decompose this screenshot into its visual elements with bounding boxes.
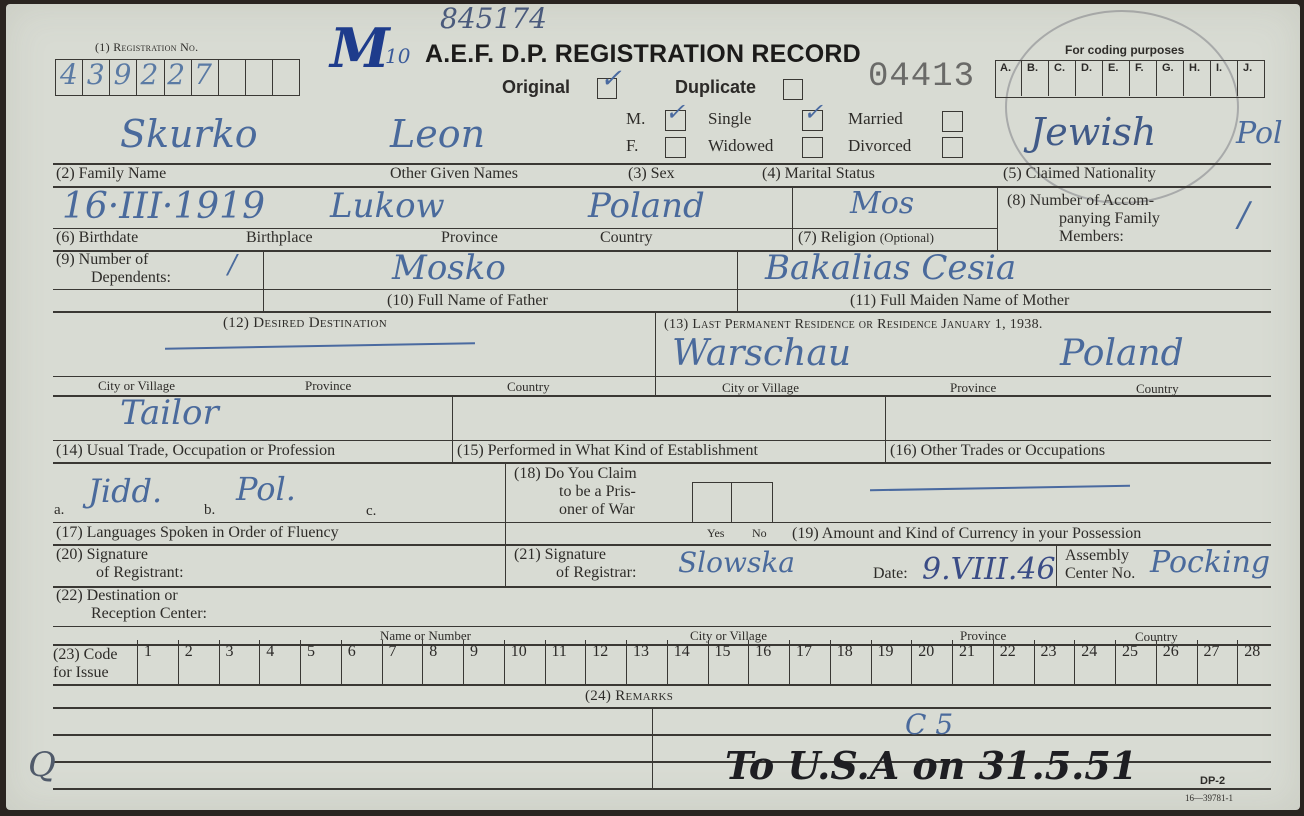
original-check-mark: ✓ bbox=[600, 64, 622, 94]
remarks-note-main: To U.S.A on 31.5.51 bbox=[725, 743, 1137, 788]
accompanying-label-line2: panying Family bbox=[1007, 210, 1160, 227]
father-name-label: (10) Full Name of Father bbox=[387, 292, 548, 310]
family-name-label: (2) Family Name bbox=[56, 165, 166, 183]
code-cell: 23 bbox=[1034, 640, 1075, 684]
coding-cell: C. bbox=[1049, 60, 1076, 96]
accompanying-label-line1: (8) Number of Accom- bbox=[1007, 192, 1154, 209]
code-cell: 22 bbox=[993, 640, 1034, 684]
dependents-label-line1: (9) Number of bbox=[56, 251, 148, 268]
assembly-center-label-line1: Assembly bbox=[1065, 547, 1129, 564]
birthdate-label: (6) Birthdate bbox=[56, 229, 138, 247]
trade-label: (14) Usual Trade, Occupation or Professi… bbox=[56, 442, 335, 460]
coding-cell: A. bbox=[995, 60, 1022, 96]
language-b-value: Pol. bbox=[236, 470, 296, 508]
registrar-signature-label-line1: (21) Signature bbox=[514, 546, 606, 563]
residence-country-value: Poland bbox=[1060, 333, 1184, 374]
code-cell: 2 bbox=[178, 640, 219, 684]
print-code: 16—39781-1 bbox=[1185, 793, 1233, 803]
registrant-signature-label-line1: (20) Signature bbox=[56, 546, 148, 563]
code-cell: 8 bbox=[422, 640, 463, 684]
province-label: Province bbox=[441, 229, 498, 247]
code-cell: 7 bbox=[382, 640, 423, 684]
widowed-checkbox[interactable] bbox=[802, 137, 823, 158]
given-names-label: Other Given Names bbox=[390, 165, 518, 183]
file-mark-sub: 10 bbox=[385, 44, 410, 68]
destination-label-line2: Reception Center: bbox=[56, 605, 207, 622]
code-for-issue-label: (23) Code for Issue bbox=[53, 646, 117, 682]
code-cell: 12 bbox=[585, 640, 626, 684]
pow-yes-box[interactable] bbox=[692, 482, 732, 523]
date-label: Date: bbox=[873, 565, 908, 583]
code-cell: 28 bbox=[1237, 640, 1278, 684]
coding-cell: B. bbox=[1022, 60, 1049, 96]
dependents-value: / bbox=[228, 250, 237, 280]
language-b-label: b. bbox=[204, 502, 215, 519]
code-cell: 26 bbox=[1156, 640, 1197, 684]
destination-label: (22) Destination or Reception Center: bbox=[56, 587, 207, 623]
form-code: DP-2 bbox=[1200, 775, 1225, 787]
dependents-label: (9) Number of Dependents: bbox=[56, 251, 171, 287]
coding-label: For coding purposes bbox=[1065, 43, 1184, 57]
nationality-extra: Pol bbox=[1236, 116, 1283, 151]
code-cell: 27 bbox=[1197, 640, 1238, 684]
desired-country-label: Country bbox=[507, 379, 550, 395]
code-cell: 24 bbox=[1074, 640, 1115, 684]
code-cell: 14 bbox=[667, 640, 708, 684]
trade-value: Tailor bbox=[120, 393, 219, 433]
religion-value: Mos bbox=[850, 186, 914, 221]
serial-stamp: 04413 bbox=[868, 58, 975, 96]
duplicate-checkbox[interactable] bbox=[783, 79, 803, 100]
registrant-signature-label-line2: of Registrant: bbox=[56, 564, 184, 581]
assembly-center-label: Assembly Center No. bbox=[1065, 547, 1135, 583]
assembly-center-value: Pocking bbox=[1150, 545, 1270, 580]
residence-city-label: City or Village bbox=[722, 380, 799, 396]
marital-status-label: (4) Marital Status bbox=[762, 165, 875, 183]
currency-label: (19) Amount and Kind of Currency in your… bbox=[792, 525, 1141, 543]
destination-label-line1: (22) Destination or bbox=[56, 587, 178, 604]
registrant-signature-label: (20) Signature of Registrant: bbox=[56, 546, 184, 582]
code-cell: 13 bbox=[626, 640, 667, 684]
code-cell: 9 bbox=[463, 640, 504, 684]
sex-f-label: F. bbox=[626, 136, 638, 156]
duplicate-label: Duplicate bbox=[675, 77, 756, 98]
pow-label-line2: to be a Pris- bbox=[514, 483, 636, 500]
dependents-label-line2: Dependents: bbox=[56, 269, 171, 286]
pow-no-label: No bbox=[752, 526, 767, 541]
code-cell: 11 bbox=[545, 640, 586, 684]
code-cell: 16 bbox=[748, 640, 789, 684]
code-cell: 3 bbox=[219, 640, 260, 684]
code-cell: 5 bbox=[300, 640, 341, 684]
birthdate-value: 16·III·1919 bbox=[62, 186, 265, 227]
coding-cell: F. bbox=[1130, 60, 1157, 96]
accompanying-value: / bbox=[1238, 195, 1249, 235]
sex-m-check-mark: ✓ bbox=[665, 98, 685, 126]
code-cell: 1 bbox=[137, 640, 178, 684]
code-for-issue-label-line1: (23) Code bbox=[53, 646, 117, 663]
establishment-label: (15) Performed in What Kind of Establish… bbox=[457, 442, 758, 460]
residence-province-label: Province bbox=[950, 380, 996, 396]
language-a-label: a. bbox=[54, 502, 64, 519]
coding-cell: I. bbox=[1211, 60, 1238, 96]
sex-m-label: M. bbox=[626, 109, 645, 129]
residence-city-value: Warschau bbox=[672, 333, 851, 374]
coding-cell: G. bbox=[1157, 60, 1184, 96]
form-title: A.E.F. D.P. REGISTRATION RECORD bbox=[425, 40, 861, 69]
single-label: Single bbox=[708, 109, 751, 129]
language-c-label: c. bbox=[366, 503, 376, 520]
pow-label-line1: (18) Do You Claim bbox=[514, 465, 637, 482]
religion-optional-text: (Optional) bbox=[880, 230, 934, 245]
registrar-signature-label: (21) Signature of Registrar: bbox=[514, 546, 636, 582]
other-trades-label: (16) Other Trades or Occupations bbox=[890, 442, 1105, 460]
remarks-note-top: C 5 bbox=[905, 708, 953, 741]
single-check-mark: ✓ bbox=[803, 98, 823, 126]
married-checkbox[interactable] bbox=[942, 111, 963, 132]
accompanying-label: (8) Number of Accom- panying Family Memb… bbox=[1007, 192, 1160, 246]
desired-city-label: City or Village bbox=[98, 378, 175, 394]
divorced-label: Divorced bbox=[848, 136, 911, 156]
nationality-value: Jewish bbox=[1030, 110, 1156, 154]
pow-no-box[interactable] bbox=[731, 482, 773, 523]
code-cell: 15 bbox=[708, 640, 749, 684]
pow-yes-label: Yes bbox=[707, 526, 724, 541]
coding-cell: J. bbox=[1238, 60, 1265, 96]
country-label: Country bbox=[600, 229, 652, 247]
desired-destination-label: (12) Desired Destination bbox=[223, 315, 387, 332]
registration-number-label: (1) Registration No. bbox=[95, 40, 198, 55]
widowed-label: Widowed bbox=[708, 136, 773, 156]
original-label: Original bbox=[502, 77, 570, 98]
religion-label-text: (7) Religion bbox=[798, 229, 876, 246]
coding-cell: E. bbox=[1103, 60, 1130, 96]
father-name-value: Mosko bbox=[392, 248, 506, 288]
corner-mark: Q bbox=[28, 745, 56, 785]
code-cell: 19 bbox=[871, 640, 912, 684]
nationality-label: (5) Claimed Nationality bbox=[1003, 165, 1156, 183]
coding-cell: D. bbox=[1076, 60, 1103, 96]
married-label: Married bbox=[848, 109, 903, 129]
assembly-center-label-line2: Center No. bbox=[1065, 565, 1135, 582]
code-cell: 6 bbox=[341, 640, 382, 684]
code-cell: 20 bbox=[911, 640, 952, 684]
remarks-label: (24) Remarks bbox=[585, 688, 673, 705]
languages-label: (17) Languages Spoken in Order of Fluenc… bbox=[56, 524, 339, 542]
religion-label: (7) Religion (Optional) bbox=[798, 229, 934, 247]
family-name-value: Skurko bbox=[120, 112, 258, 156]
code-for-issue-label-line2: for Issue bbox=[53, 664, 109, 681]
accompanying-label-line3: Members: bbox=[1007, 228, 1124, 245]
file-mark: M bbox=[330, 16, 390, 80]
registrar-signature-label-line2: of Registrar: bbox=[514, 564, 636, 581]
code-cell: 21 bbox=[952, 640, 993, 684]
registrar-signature-value: Slowska bbox=[678, 546, 795, 579]
code-cell: 10 bbox=[504, 640, 545, 684]
code-cell: 25 bbox=[1115, 640, 1156, 684]
date-value: 9.VIII.46 bbox=[922, 552, 1056, 587]
birthplace-label: Birthplace bbox=[246, 229, 313, 247]
birthplace-value: Lukow bbox=[330, 186, 445, 226]
pow-label-line3: oner of War bbox=[514, 501, 635, 518]
last-residence-label: (13) Last Permanent Residence or Residen… bbox=[664, 317, 1043, 333]
divorced-checkbox[interactable] bbox=[942, 137, 963, 158]
language-a-value: Jidd. bbox=[88, 472, 162, 510]
code-cell: 17 bbox=[789, 640, 830, 684]
mother-name-value: Bakalias Cesia bbox=[765, 248, 1016, 288]
code-cell: 18 bbox=[830, 640, 871, 684]
pow-label: (18) Do You Claim to be a Pris- oner of … bbox=[514, 465, 637, 519]
coding-cell: H. bbox=[1184, 60, 1211, 96]
registration-number-value: 439227 bbox=[60, 58, 221, 91]
sex-label: (3) Sex bbox=[628, 165, 675, 183]
desired-province-label: Province bbox=[305, 378, 351, 394]
given-names-value: Leon bbox=[390, 112, 485, 156]
mother-name-label: (11) Full Maiden Name of Mother bbox=[850, 292, 1069, 310]
file-number: 845174 bbox=[440, 2, 547, 35]
sex-f-checkbox[interactable] bbox=[665, 137, 686, 158]
code-cell: 4 bbox=[259, 640, 300, 684]
birth-country-value: Poland bbox=[588, 186, 705, 226]
